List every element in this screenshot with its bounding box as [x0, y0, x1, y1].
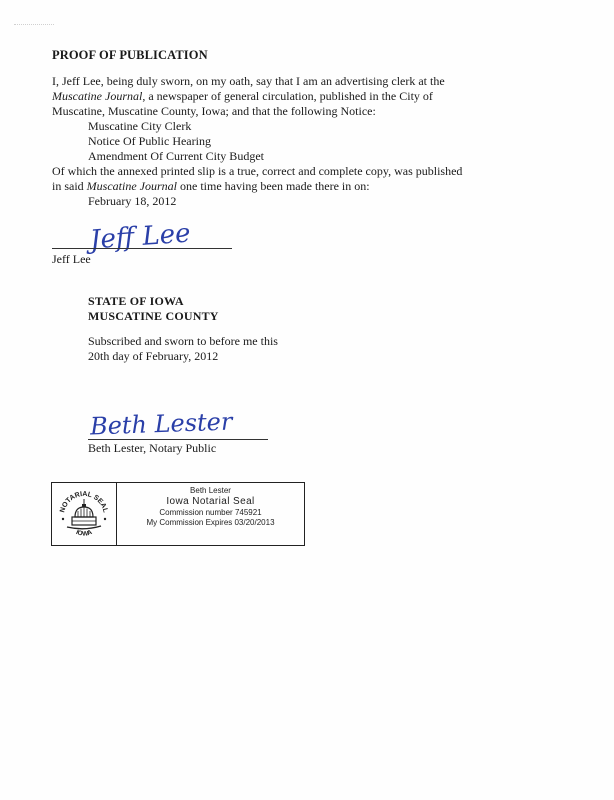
affiant-printed-name: Jeff Lee: [52, 252, 91, 267]
affidavit-line-4: Of which the annexed printed slip is a t…: [52, 164, 462, 179]
seal-notary-name: Beth Lester: [190, 486, 231, 496]
newspaper-name: Muscatine Journal: [87, 179, 177, 193]
notarial-seal-stamp: NOTARIAL SEAL IOWA: [51, 482, 305, 546]
notary-signature: Beth Lester: [90, 408, 233, 441]
seal-commission-number: Commission number 745921: [159, 508, 261, 518]
notary-signature-line: [88, 439, 268, 440]
publication-date: February 18, 2012: [88, 194, 176, 209]
venue-county: MUSCATINE COUNTY: [88, 309, 219, 324]
jurat-line-1: Subscribed and sworn to before me this: [88, 334, 278, 349]
document-title: PROOF OF PUBLICATION: [52, 48, 208, 63]
affidavit-line-5-text: one time having been made there in on:: [177, 179, 370, 193]
notice-item: Amendment Of Current City Budget: [88, 149, 264, 164]
seal-title: Iowa Notarial Seal: [166, 496, 254, 508]
affiant-signature-line: [52, 248, 232, 249]
affidavit-line-1: I, Jeff Lee, being duly sworn, on my oat…: [52, 74, 445, 89]
scan-artifact: [14, 24, 54, 27]
notice-item: Notice Of Public Hearing: [88, 134, 211, 149]
notarial-seal-details: Beth Lester Iowa Notarial Seal Commissio…: [117, 483, 304, 545]
svg-text:IOWA: IOWA: [75, 529, 94, 538]
notarial-seal-emblem: NOTARIAL SEAL IOWA: [52, 483, 117, 545]
affidavit-line-3: Muscatine, Muscatine County, Iowa; and t…: [52, 104, 376, 119]
affidavit-line-2: Muscatine Journal, a newspaper of genera…: [52, 89, 433, 104]
notice-item: Muscatine City Clerk: [88, 119, 191, 134]
capitol-dome-seal-icon: NOTARIAL SEAL IOWA: [55, 485, 113, 543]
document-page: PROOF OF PUBLICATION I, Jeff Lee, being …: [0, 0, 614, 800]
affidavit-line-5: in said Muscatine Journal one time havin…: [52, 179, 370, 194]
affidavit-line-5-pre: in said: [52, 179, 87, 193]
notary-printed-name: Beth Lester, Notary Public: [88, 441, 216, 456]
affidavit-line-2-text: , a newspaper of general circulation, pu…: [142, 89, 433, 103]
newspaper-name: Muscatine Journal: [52, 89, 142, 103]
venue-state: STATE OF IOWA: [88, 294, 184, 309]
affiant-signature: Jeff Lee: [89, 219, 191, 256]
seal-commission-expires: My Commission Expires 03/20/2013: [146, 518, 274, 528]
jurat-line-2: 20th day of February, 2012: [88, 349, 218, 364]
